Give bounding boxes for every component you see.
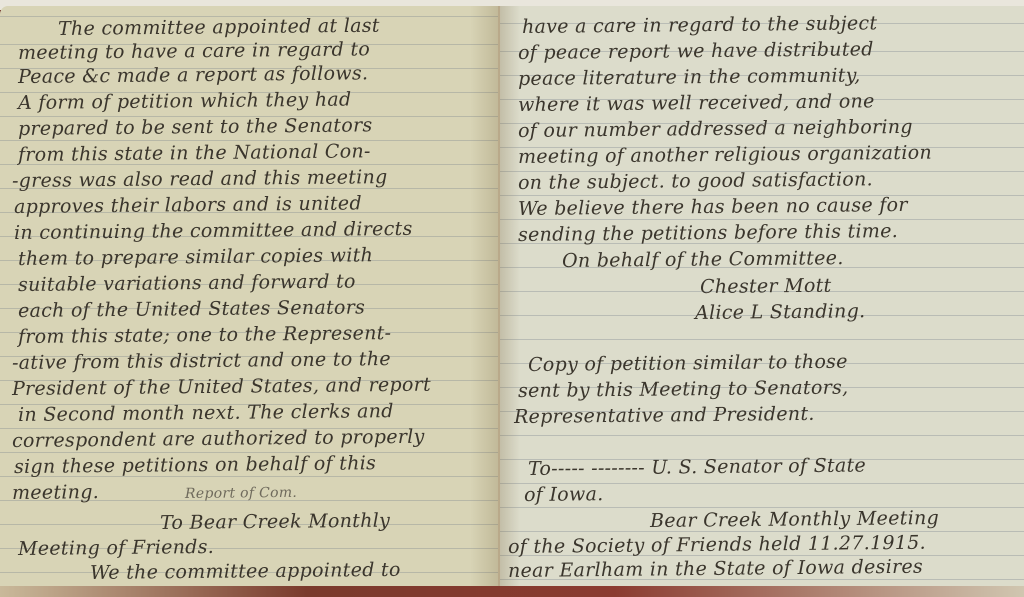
left-line-10: them to prepare similar copies with [18,244,373,270]
left-line-20: To Bear Creek Monthly [160,510,390,534]
right-line-5: of our number addressed a neighboring [518,116,913,142]
left-line-21: Meeting of Friends. [18,536,214,560]
right-line-7: on the subject. to good satisfaction. [518,168,873,194]
left-line-15: President of the United States, and repo… [12,374,431,400]
left-line-6: from this state in the National Con- [18,140,371,166]
signature-1: Chester Mott [700,275,832,298]
left-line-4: A form of petition which they had [18,89,352,114]
right-line-4: where it was well received, and one [518,90,875,116]
left-page: The committee appointed at last meeting … [0,6,500,586]
right-line-22: near Earlham in the State of Iowa desire… [508,556,923,582]
right-line-21: of the Society of Friends held 11.27.191… [508,532,926,558]
open-notebook: The committee appointed at last meeting … [0,0,1024,597]
right-line-20: Bear Creek Monthly Meeting [650,507,939,532]
book-cover-bottom [0,586,1024,597]
right-line-18: To----- -------- U. S. Senator of State [528,454,866,480]
left-line-3: Peace &c made a report as follows. [18,62,369,88]
right-line-1: have a care in regard to the subject [522,12,878,38]
left-line-11: suitable variations and forward to [18,270,356,296]
left-line-13: from this state; one to the Represent- [18,322,392,348]
left-line-7: -gress was also read and this meeting [12,166,388,192]
right-line-3: peace literature in the community, [518,64,861,90]
left-line-19: meeting. [12,481,99,504]
left-line-12: each of the United States Senators [18,296,365,322]
left-line-17: correspondent are authorized to properly [12,426,425,452]
right-line-2: of peace report we have distributed [518,38,874,64]
left-line-5: prepared to be sent to the Senators [18,114,373,140]
left-line-9: in continuing the committee and directs [14,218,413,244]
signature-2: Alice L Standing. [695,300,866,324]
left-line-18: sign these petitions on behalf of this [14,452,376,478]
margin-note: Report of Com. [185,485,297,502]
right-line-8: We believe there has been no cause for [518,194,908,220]
right-line-9: sending the petitions before this time. [518,220,898,246]
left-line-16: in Second month next. The clerks and [18,400,394,426]
left-line-1: The committee appointed at last [58,15,380,40]
right-line-15: sent by this Meeting to Senators, [518,377,849,402]
left-line-22: We the committee appointed to [90,559,401,584]
right-page: have a care in regard to the subject of … [500,6,1024,586]
right-line-14: Copy of petition similar to those [528,351,848,376]
right-line-10: On behalf of the Committee. [562,247,844,272]
right-line-6: meeting of another religious organizatio… [518,142,932,168]
left-line-2: meeting to have a care in regard to [18,38,370,64]
right-line-16: Representative and President. [514,403,815,428]
right-line-19: of Iowa. [524,483,604,506]
left-line-14: -ative from this district and one to the [12,348,391,374]
left-line-8: approves their labors and is united [14,192,362,218]
